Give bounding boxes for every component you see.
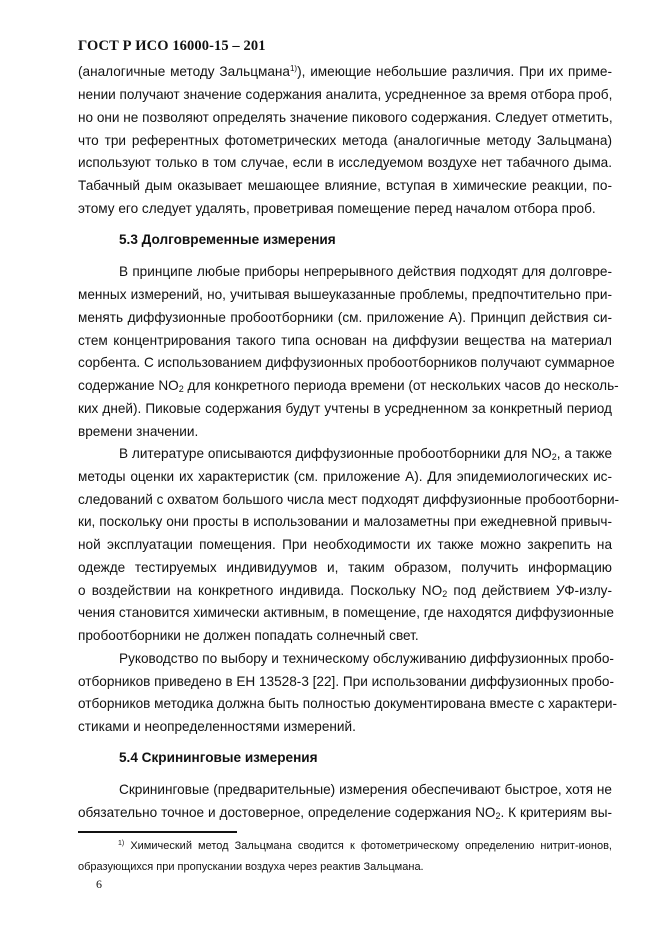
text-fragment: . К критериям вы- — [500, 805, 612, 820]
text-line: пробоотборники не должен попадать солнеч… — [78, 627, 612, 645]
text-line: чения становится химически активным, в п… — [78, 604, 612, 622]
text-line: ной эксплуатации помещения. При необходи… — [78, 536, 612, 554]
text-fragment: Химический метод Зальцмана сводится к фо… — [124, 840, 612, 852]
text-line: одежде тестируемых индивидуумов и, таким… — [78, 559, 612, 577]
text-fragment: , а также — [557, 446, 612, 461]
text-fragment: о воздействии на конкретного индивида. П… — [78, 583, 442, 598]
text-fragment: для конкретного периода времени (от неск… — [184, 378, 619, 393]
text-fragment: содержание NO — [78, 378, 179, 393]
page-number: 6 — [96, 877, 102, 892]
text-line: нении получают значение содержания анали… — [78, 86, 612, 104]
text-line: стем концентрирования такого типа основа… — [78, 332, 612, 350]
section-heading-5-3: 5.3 Долговременные измерения — [119, 231, 336, 249]
text-fragment: обязательно точное и достоверное, опреде… — [78, 805, 495, 820]
text-line: о воздействии на конкретного индивида. П… — [78, 582, 612, 600]
text-line: менять диффузионные пробоотборники (см. … — [78, 309, 612, 327]
text-line: стиками и неопределенностями измерений. — [78, 718, 612, 736]
text-line: методы оценки их характеристик (см. прил… — [78, 468, 612, 486]
document-header: ГОСТ Р ИСО 16000-15 – 201 — [78, 38, 266, 55]
text-line: Скрининговые (предварительные) измерения… — [119, 781, 612, 799]
text-line: менных измерений, но, учитывая вышеуказа… — [78, 286, 612, 304]
text-fragment: ), имеющие небольшие различия. При их пр… — [297, 64, 612, 79]
footnote-line: 1) Химический метод Зальцмана сводится к… — [118, 839, 612, 854]
text-line: что три референтных фотометрических мето… — [78, 132, 612, 150]
document-page: ГОСТ Р ИСО 16000-15 – 201 (аналогичные м… — [0, 0, 661, 936]
text-line: времени значении. — [78, 423, 612, 441]
footnote-line: образующихся при пропускании воздуха чер… — [78, 860, 612, 875]
text-line: следований с охватом большого числа мест… — [78, 491, 612, 509]
text-line: В литературе описываются диффузионные пр… — [119, 445, 612, 463]
text-line: обязательно точное и достоверное, опреде… — [78, 804, 612, 822]
text-line: но они не позволяют определять значение … — [78, 109, 612, 127]
text-fragment: под действием УФ-излу- — [447, 583, 612, 598]
text-line: этому его следует удалять, проветривая п… — [78, 200, 612, 218]
text-line: Табачный дым оказывает мешающее влияние,… — [78, 177, 612, 195]
text-line: Руководство по выбору и техническому обс… — [119, 650, 612, 668]
text-line: содержание NO2 для конкретного периода в… — [78, 377, 612, 395]
text-line: сорбента. С использованием диффузионных … — [78, 354, 612, 372]
text-line: отборников методика должна быть полность… — [78, 695, 612, 713]
text-line: В принципе любые приборы непрерывного де… — [119, 263, 612, 281]
text-line: (аналогичные методу Зальцмана1)), имеющи… — [78, 63, 612, 81]
text-line: используют только в том случае, если в и… — [78, 154, 612, 172]
text-fragment: (аналогичные методу Зальцмана — [78, 64, 290, 79]
text-fragment: В литературе описываются диффузионные пр… — [119, 446, 552, 461]
text-line: отборников приведено в ЕН 13528-3 [22]. … — [78, 673, 612, 691]
section-heading-5-4: 5.4 Скрининговые измерения — [119, 749, 318, 767]
text-line: ких дней). Пиковые содержания будут учте… — [78, 400, 612, 418]
footnote-separator — [78, 831, 237, 833]
text-line: ки, поскольку они просты в использовании… — [78, 513, 612, 531]
